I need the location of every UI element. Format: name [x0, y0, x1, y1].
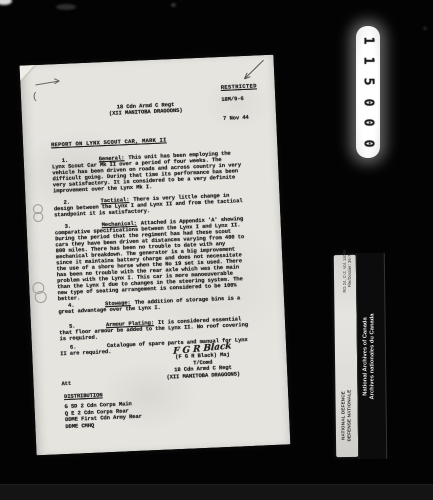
dept-line-2: DEFENSE NATIONALE	[346, 386, 352, 446]
unit-heading: 18 Cdn Armd C Regt (XII MANITOBA DRAGOON…	[93, 101, 197, 118]
counter-digit: 5	[361, 78, 374, 86]
paragraph-mechanical: 3.Mechanical:Attached is Appendix 'A' sh…	[55, 216, 248, 302]
distribution-list: G SD 2 Cdn Corps Main Q E 2 Cdn Corps Re…	[64, 401, 142, 430]
file-reference: 18M/9-6	[221, 96, 244, 103]
distribution-heading: DISTRIBUTION	[64, 392, 103, 400]
archives-label: National Archives of Canada Archives nat…	[363, 297, 376, 417]
counter-digit: 0	[361, 119, 374, 127]
punch-hole-mark	[32, 282, 47, 304]
dust-speck	[423, 27, 427, 30]
archives-label-fr: Archives nationales du Canada	[369, 297, 376, 417]
signature-block: F G R Black (F G R Black) Maj T/Comd 18 …	[132, 343, 273, 382]
attachment-note: Att	[61, 381, 71, 387]
dust-speck	[171, 3, 176, 7]
department-label: NATIONAL DEFENCE DEFENSE NATIONALE	[341, 386, 352, 446]
document-date: 7 Nov 44	[223, 115, 249, 122]
paragraph-general: 1.General:This unit has been employing t…	[52, 150, 243, 194]
punch-hole-mark	[33, 204, 44, 222]
paragraph-tactical: 2.Tactical:There is very little change i…	[54, 192, 245, 218]
scan-edge-band	[0, 484, 433, 500]
paragraph-body: Attached is Appendix 'A' showing compara…	[55, 215, 244, 302]
pencil-arrow-mark	[33, 76, 67, 89]
document-page: ( 18 Cdn Armd C Regt (XII MANITOBA DRAGO…	[20, 55, 291, 456]
pencil-arrow-to-classification	[238, 58, 267, 83]
classification-stamp: RESTRICTED	[221, 83, 257, 91]
dept-line-1: NATIONAL DEFENCE	[341, 386, 347, 446]
archive-ref-line-2: File/Dossier: 35-7	[347, 238, 352, 304]
dust-speck	[0, 0, 12, 5]
frame-counter: 1 1 5 0 0 0	[356, 26, 380, 158]
counter-digit: 1	[361, 57, 374, 65]
dust-speck	[56, 4, 76, 10]
pencil-paren-mark: (	[32, 92, 38, 103]
paragraph-body: There is very little change in design be…	[54, 192, 243, 219]
counter-digit: 0	[361, 98, 374, 106]
archive-reference-label: RG 24, C-2, Vol. 14049 File/Dossier: 35-…	[342, 238, 352, 304]
microfilm-frame: 1 1 5 0 0 0 ( 18 Cdn Armd C Regt (XII MA…	[0, 0, 433, 500]
counter-digit: 0	[361, 140, 374, 148]
counter-digit: 1	[361, 36, 374, 44]
document-title: REPORT ON LYNX SCOUT CAR, MARK II	[51, 137, 167, 148]
